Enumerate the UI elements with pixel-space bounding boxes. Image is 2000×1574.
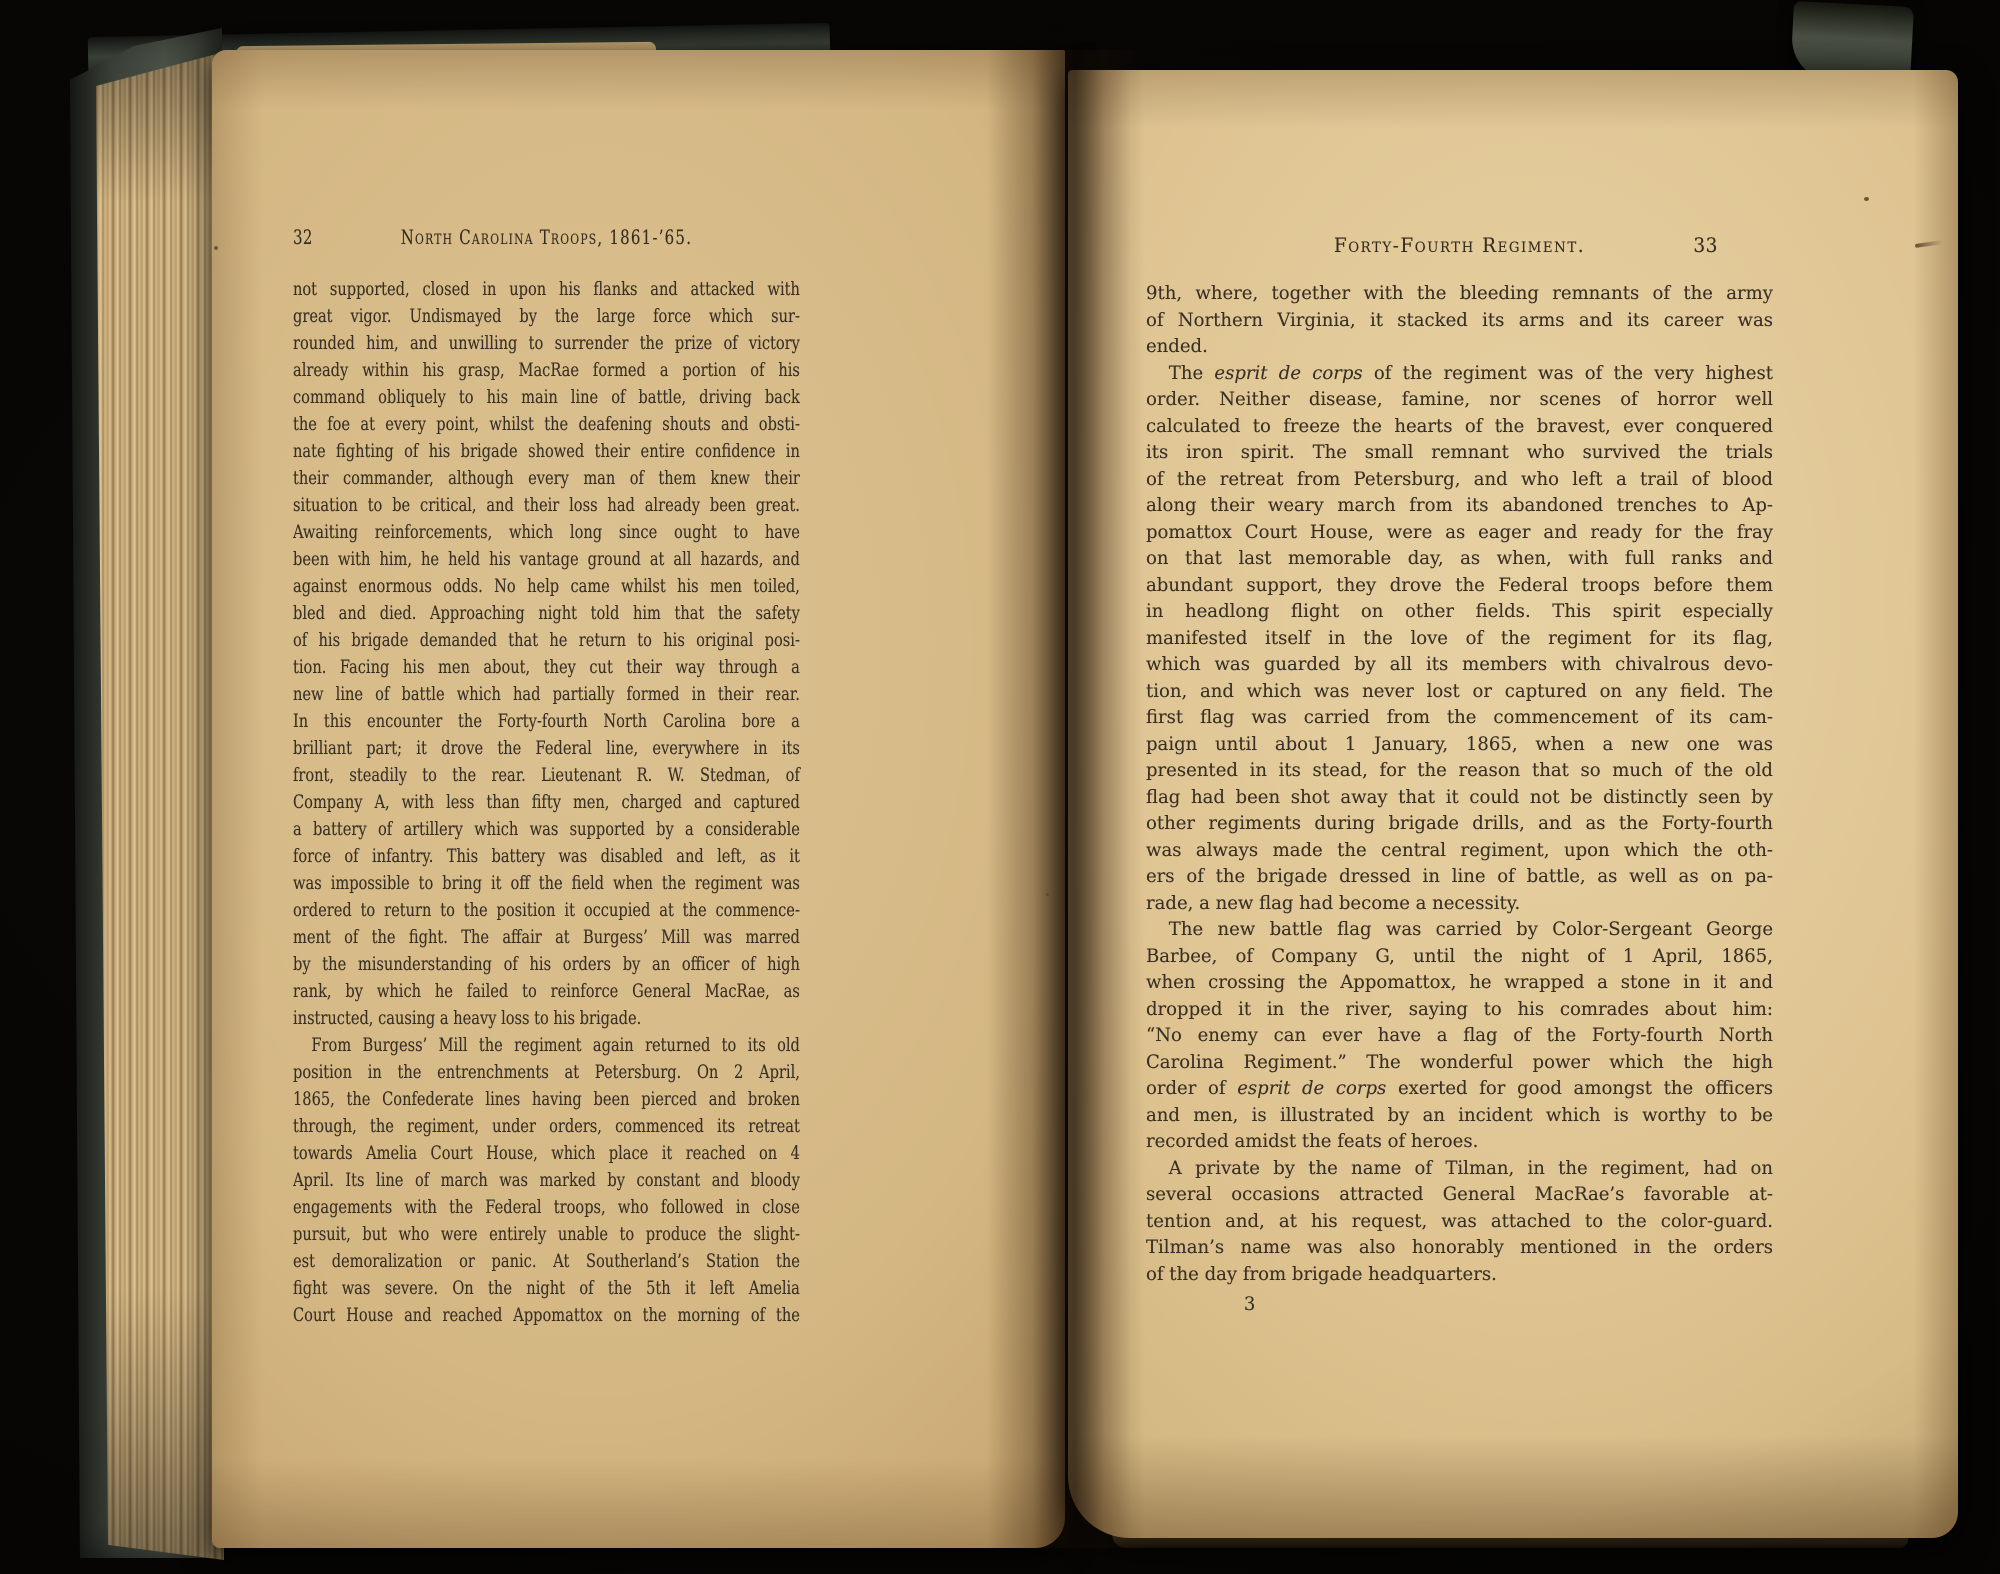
text-line: on that last memorable day, as when, wit… [1146,545,1773,572]
page-edges-stack [96,52,224,1560]
paragraph: The esprit de corps of the regiment was … [1146,360,1773,917]
text-line: engagements with the Federal troops, who… [293,1194,800,1221]
text-line: ended. [1146,333,1773,360]
paragraph: 9th, where, together with the bleeding r… [1146,280,1773,360]
text-line: The esprit de corps of the regiment was … [1146,360,1773,387]
running-title: Forty-Fourth Regiment. [1146,234,1773,258]
text-line: was always made the central regiment, up… [1146,837,1773,864]
text-line: been with him, he held his vantage groun… [293,546,800,573]
text-line: pomattox Court House, were as eager and … [1146,519,1773,546]
text-line: force of infantry. This battery was disa… [293,843,800,870]
text-line: first flag was carried from the commence… [1146,704,1773,731]
text-line: of the day from brigade headquarters. [1146,1261,1773,1288]
book-photo-background: 32 North Carolina Troops, 1861-’65. not … [0,0,2000,1574]
text-line: abundant support, they drove the Federal… [1146,572,1773,599]
text-line: rade, a new flag had become a necessity. [1146,890,1773,917]
text-line: of the retreat from Petersburg, and who … [1146,466,1773,493]
text-line: rank, by which he failed to reinforce Ge… [293,978,800,1005]
paragraph: not supported, closed in upon his flanks… [293,276,800,1032]
text-line: rounded him, and unwilling to surrender … [293,330,800,357]
text-line: Barbee, of Company G, until the night of… [1146,943,1773,970]
text-line: bled and died. Approaching night told hi… [293,600,800,627]
text-line: not supported, closed in upon his flanks… [293,276,800,303]
page-number: 33 [1693,234,1718,258]
right-page-body: 9th, where, together with the bleeding r… [1146,280,1773,1287]
text-line: of his brigade demanded that he return t… [293,627,800,654]
paper-speck [1864,197,1869,201]
text-line: Awaiting reinforcements, which long sinc… [293,519,800,546]
text-line: of Northern Virginia, it stacked its arm… [1146,307,1773,334]
text-line: presented in its stead, for the reason t… [1146,757,1773,784]
text-line: by the misunderstanding of his orders by… [293,951,800,978]
text-line: order. Neither disease, famine, nor scen… [1146,386,1773,413]
paper-speck [214,246,218,250]
text-line: calculated to freeze the hearts of the b… [1146,413,1773,440]
text-line: instructed, causing a heavy loss to his … [293,1005,800,1032]
text-line: “No enemy can ever have a flag of the Fo… [1146,1022,1773,1049]
text-line: 9th, where, together with the bleeding r… [1146,280,1773,307]
text-line: great vigor. Undismayed by the large for… [293,303,800,330]
signature-mark: 3 [1244,1291,1773,1318]
text-line: From Burgess’ Mill the regiment again re… [293,1032,800,1059]
text-line: nate fighting of his brigade showed thei… [293,438,800,465]
text-line: dropped it in the river, saying to his c… [1146,996,1773,1023]
text-line: tion. Facing his men about, they cut the… [293,654,800,681]
text-line: order of esprit de corps exerted for goo… [1146,1075,1773,1102]
text-line: and men, is illustrated by an incident w… [1146,1102,1773,1129]
text-line: tention and, at his request, was attache… [1146,1208,1773,1235]
text-line: ment of the fight. The affair at Burgess… [293,924,800,951]
right-page-text: 33 Forty-Fourth Regiment. 9th, where, to… [1146,234,1773,1318]
text-line: manifested itself in the love of the reg… [1146,625,1773,652]
text-line: Company A, with less than fifty men, cha… [293,789,800,816]
text-line: which was guarded by all its members wit… [1146,651,1773,678]
text-line: front, steadily to the rear. Lieutenant … [293,762,800,789]
text-line: 1865, the Confederate lines having been … [293,1086,800,1113]
text-line: Court House and reached Appomattox on th… [293,1302,800,1329]
right-page-header: 33 Forty-Fourth Regiment. [1146,234,1773,258]
text-line: along their weary march from its abandon… [1146,492,1773,519]
text-line: its iron spirit. The small remnant who s… [1146,439,1773,466]
text-line: several occasions attracted General MacR… [1146,1181,1773,1208]
left-page-text: 32 North Carolina Troops, 1861-’65. not … [293,226,800,1329]
text-line: in headlong flight on other fields. This… [1146,598,1773,625]
text-line: recorded amidst the feats of heroes. [1146,1128,1773,1155]
running-title: North Carolina Troops, 1861-’65. [293,226,800,250]
text-line: tion, and which was never lost or captur… [1146,678,1773,705]
text-line: flag had been shot away that it could no… [1146,784,1773,811]
paragraph: A private by the name of Tilman, in the … [1146,1155,1773,1288]
text-line: through, the regiment, under orders, com… [293,1113,800,1140]
text-line: In this encounter the Forty-fourth North… [293,708,800,735]
text-line: situation to be critical, and their loss… [293,492,800,519]
text-line: The new battle flag was carried by Color… [1146,916,1773,943]
left-page-header: 32 North Carolina Troops, 1861-’65. [293,226,800,250]
paragraph: From Burgess’ Mill the regiment again re… [293,1032,800,1329]
text-line: the foe at every point, whilst the deafe… [293,411,800,438]
text-line: A private by the name of Tilman, in the … [1146,1155,1773,1182]
text-line: position in the entrenchments at Petersb… [293,1059,800,1086]
text-line: was impossible to bring it off the field… [293,870,800,897]
paragraph: The new battle flag was carried by Color… [1146,916,1773,1155]
text-line: Carolina Regiment.” The wonderful power … [1146,1049,1773,1076]
text-line: command obliquely to his main line of ba… [293,384,800,411]
text-line: against enormous odds. No help came whil… [293,573,800,600]
paper-speck [1046,893,1049,896]
text-line: when crossing the Appomattox, he wrapped… [1146,969,1773,996]
text-line: est demoralization or panic. At Southerl… [293,1248,800,1275]
page-number: 32 [293,226,313,250]
text-line: a battery of artillery which was support… [293,816,800,843]
text-line: ers of the brigade dressed in line of ba… [1146,863,1773,890]
text-line: already within his grasp, MacRae formed … [293,357,800,384]
text-line: paign until about 1 January, 1865, when … [1146,731,1773,758]
text-line: new line of battle which had partially f… [293,681,800,708]
text-line: their commander, although every man of t… [293,465,800,492]
text-line: brilliant part; it drove the Federal lin… [293,735,800,762]
text-line: Tilman’s name was also honorably mention… [1146,1234,1773,1261]
text-line: ordered to return to the position it occ… [293,897,800,924]
text-line: fight was severe. On the night of the 5t… [293,1275,800,1302]
text-line: April. Its line of march was marked by c… [293,1167,800,1194]
text-line: other regiments during brigade drills, a… [1146,810,1773,837]
left-page-body: not supported, closed in upon his flanks… [293,276,800,1329]
text-line: towards Amelia Court House, which place … [293,1140,800,1167]
text-line: pursuit, but who were entirely unable to… [293,1221,800,1248]
